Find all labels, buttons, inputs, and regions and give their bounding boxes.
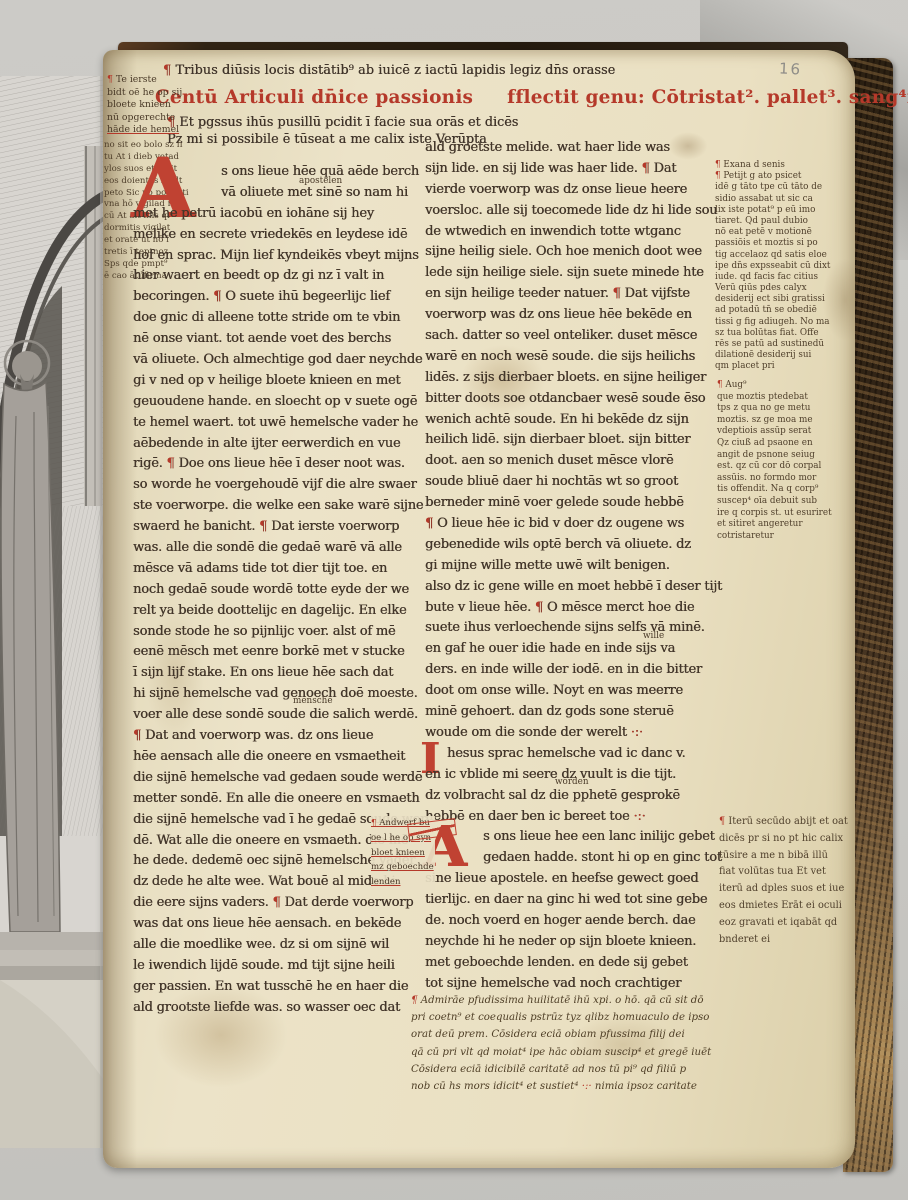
text-line: le iwendich lijdē soude. md tijt sijne h…: [133, 956, 425, 977]
text-line: rigē. ¶ Doe ons lieue hēe ī deser noot w…: [133, 454, 425, 475]
text-line: bloet knieen: [371, 846, 435, 861]
text-line: s ons lieue hee een lanc inilijc gebet: [483, 827, 721, 848]
text-line: qā cū pri vlt qd moiat⁴ ipe hāc obiam su…: [411, 1044, 761, 1061]
text-line: iude. qd facis fac citius: [715, 272, 847, 283]
interlinear-note-mensche: mensche: [293, 696, 333, 706]
text-line: hāde ide hemel: [107, 124, 167, 137]
text-line: met he petrū iacobū en iohāne sij hey: [133, 204, 425, 225]
text-line: tig accelaoz qd satis eloe: [715, 250, 847, 261]
text-line: suscep⁴ oīa debuit sub: [717, 496, 845, 508]
text-line: bnderet ei: [719, 932, 853, 949]
text-line: en gaf he ouer idie hade en inde sijs va: [425, 639, 721, 660]
margin-gloss-right-b: ¶ Aug⁹ que moztis ptedebattps z qua no g…: [717, 380, 845, 542]
text-line: heilich lidē. sijn dierbaer bloet. sijn …: [425, 430, 721, 451]
text-line: dicēs pr si no pt hic calix: [719, 831, 853, 848]
text-line: dilationē desiderij sui: [715, 350, 847, 361]
text-line: was dat ons lieue hēe aensach. en bekēde: [133, 914, 425, 935]
facing-page-engraving: [0, 76, 108, 1148]
text-line: mēsce vā adams tide tot dier tijt toe. e…: [133, 559, 425, 580]
text-line: metter sondē. En alle die oneere en vsma…: [133, 789, 425, 810]
text-line: relt ya beide doottelijc en dagelijc. En…: [133, 601, 425, 622]
text-line: gebenedide wils optē berch vā oliuete. d…: [425, 535, 721, 556]
text-line: tierlijc. en daer na ginc hi wed tot sin…: [425, 890, 721, 911]
text-column-1: s ons lieue hēe quā aēde berchvā oliuete…: [133, 162, 425, 1019]
text-line: bloete knieen: [107, 99, 167, 112]
text-line: bute v lieue hēe. ¶ O mēsce merct hoe di…: [425, 598, 721, 619]
chapter-title-left: Centū Articuli dn̄ice passionis: [155, 87, 473, 108]
text-column-2: ald groetste melide. wat haer lide wassi…: [425, 138, 721, 995]
text-line: eoz gravati et iqabāt qd: [719, 915, 853, 932]
text-line: nū opgerechte: [107, 112, 167, 125]
text-line: ī sijn lijf stake. En ons lieue hēe sach…: [133, 663, 425, 684]
text-line: woude om die sonde der werelt ·:·: [425, 723, 721, 744]
text-line: sijne heilig siele. Och hoe menich doot …: [425, 242, 721, 263]
text-line: doot. aen so menich duset mēsce vlorē: [425, 451, 721, 472]
text-line: fiat volūtas tua Et vet: [719, 864, 853, 881]
text-line: hier waert en beedt op dz gi nz ī valt i…: [133, 266, 425, 287]
text-line: also dz ic gene wille en moet hebbē ī de…: [425, 577, 721, 598]
margin-gloss-right-c: ¶ Iterū secūdo abijt et oatdicēs pr si n…: [719, 814, 853, 948]
text-line: sidio assabat ut sic ca: [715, 194, 847, 205]
text-line: ger passien. En wat tusschē he en haer d…: [133, 977, 425, 998]
text-line: hof en sprac. Mijn lief kyndeikēs vbeyt …: [133, 246, 425, 267]
text-line: hebbē en daer ben ic bereet toe ·:·: [425, 807, 721, 828]
text-line: sonde stode he so pijnlijc voer. alst of…: [133, 622, 425, 643]
text-line: noch gedaē soude wordē totte eyde der we: [133, 580, 425, 601]
chapter-title-right: fflectit genu: Cōtristat². pallet³. sang…: [507, 87, 908, 108]
text-line: ¶ Iterū secūdo abijt et oat: [719, 814, 853, 831]
text-line: voer alle dese sondē soude die salich we…: [133, 705, 425, 726]
text-line: soude bliuē daer hi nochtās wt so groot: [425, 472, 721, 493]
text-line: ad potadū tn̄ se obediē: [715, 305, 847, 316]
text-line: Cōsidera eciā idicibilē caritatē ad nos …: [411, 1061, 761, 1078]
margin-note-left-dutch: ¶ Te ierstebidt oē he op sijbloete kniee…: [107, 74, 167, 137]
text-line: sach. datter so veel onteliker. duset mē…: [425, 326, 721, 347]
text-line: nō eat petē v motionē: [715, 227, 847, 238]
text-line: voerworp was dz ons lieue hēe bekēde en: [425, 305, 721, 326]
text-line: tiaret. Qd paul dubio: [715, 216, 847, 227]
text-line: so worde he voergehoudē vijf die alre sw…: [133, 475, 425, 496]
text-line: angit de psnone seiug: [717, 450, 845, 462]
text-line: sine lieue apostele. en heefse gewect go…: [425, 869, 721, 890]
text-line: moztis. sz ge moa me: [717, 415, 845, 427]
text-line: desiderij ect sibi gratissi: [715, 294, 847, 305]
text-line: ¶ Te ierste: [107, 74, 167, 87]
text-line: de. noch voerd en hoger aende berch. dae: [425, 911, 721, 932]
text-line: bitter doots soe otdancbaer wesē soude ē…: [425, 389, 721, 410]
text-line: vā oliuete met sinē so nam hi: [221, 183, 425, 204]
text-line: lenden: [371, 875, 435, 890]
text-line: swaerd he banicht. ¶ Dat ierste voerworp: [133, 517, 425, 538]
text-line: alle die moedlike wee. dz si om sijnē wi…: [133, 935, 425, 956]
text-line: vierde voerworp was dz onse lieue heere: [425, 180, 721, 201]
text-line: Verū qiūs pdes calyx: [715, 283, 847, 294]
margin-gloss-header: ¶ Exana d senis: [715, 160, 847, 171]
text-line: bidt oē he op sij: [107, 87, 167, 100]
text-line: gedaen hadde. stont hi op en ginc tot: [483, 848, 721, 869]
text-line: die eere sijns vaders. ¶ Dat derde voerw…: [133, 893, 425, 914]
text-line: melike en secrete vriedekēs en leydese i…: [133, 225, 425, 246]
text-line: te hemel waert. tot uwē hemelsche vader …: [133, 413, 425, 434]
text-line: voersloc. alle sij toecomede lide dz hi …: [425, 201, 721, 222]
text-line: doot om onse wille. Noyt en was meerre: [425, 681, 721, 702]
text-line: assūis. no formdo mor: [717, 473, 845, 485]
text-line: lix iste potat⁹ p eū imo: [715, 205, 847, 216]
text-line: et sitiret angeretur: [717, 519, 845, 531]
text-line: hesus sprac hemelsche vad ic danc v.: [447, 744, 721, 765]
chapter-title: Centū Articuli dn̄ice passionis fflectit…: [155, 87, 845, 108]
text-line: ald grootste liefde was. so wasser oec d…: [133, 998, 425, 1019]
text-line: sijn lide. en sij lide was haer lide. ¶ …: [425, 159, 721, 180]
text-line: idē g tāto tpe cū tāto de: [715, 182, 847, 193]
text-line: tis offendit. Na q corp⁹: [717, 484, 845, 496]
interlinear-note-wille: wille: [643, 631, 664, 641]
text-line: tissi g fig adiugeh. No ma: [715, 317, 847, 328]
text-line: tps z qua no ge metu: [717, 403, 845, 415]
text-line: vā oliuete. Och almechtige god daer neyc…: [133, 350, 425, 371]
text-line: was. alle die sondē die gedaē warē vā al…: [133, 538, 425, 559]
margin-gloss-lines: ¶ Petijt g ato psicetidē g tāto tpe cū t…: [715, 171, 847, 372]
text-line: geuoudene hande. en sloecht op v suete o…: [133, 392, 425, 413]
text-line: suete ihus verloechende sijns selfs vā m…: [425, 618, 721, 639]
text-line: lidēs. z sijs dierbaer bloets. en sijne …: [425, 368, 721, 389]
text-line: hēe aensach alle die oneere en vsmaethei…: [133, 747, 425, 768]
text-line: de wtwedich en inwendich totte wtganc: [425, 222, 721, 243]
text-line: cotristaretur: [717, 531, 845, 543]
text-line: minē gehoert. dan dz gods sone steruē: [425, 702, 721, 723]
text-line: gi mijne wille mette uwē wilt benigen.: [425, 556, 721, 577]
text-line: est. qz cū cor dō corpal: [717, 461, 845, 473]
margin-gloss-lines: que moztis ptedebattps z qua no ge metum…: [717, 392, 845, 543]
text-line: tūsire a me n bibā illū: [719, 848, 853, 865]
text-line: ¶ Dat and voerworp was. dz ons lieue: [133, 726, 425, 747]
header-gloss-line: ¶ Tribus diūsis locis distātib⁹ ab iuicē…: [163, 63, 811, 78]
text-line: que moztis ptedebat: [717, 392, 845, 404]
text-line: ¶ O lieue hēe ic bid v doer dz ougene ws: [425, 514, 721, 535]
text-line: rēs se patū ad sustinedū: [715, 339, 847, 350]
text-line: pri coetn⁹ et coequalis pstrūz tyz qlibz…: [411, 1009, 761, 1026]
text-line: warē en noch wesē soude. die sijs heilic…: [425, 347, 721, 368]
text-line: nē onse viant. tot aende voet des berchs: [133, 329, 425, 350]
text-line: qm placet pri: [715, 361, 847, 372]
text-line: ¶ Petijt g ato psicet: [715, 171, 847, 182]
text-line: ¶ Admirāe pfudissima huilitatē ihū xpi. …: [411, 992, 761, 1009]
text-line: die sijnē hemelsche vad gedaen soude wer…: [133, 768, 425, 789]
text-line: berneder minē voer gelede soude hebbē: [425, 493, 721, 514]
text-line: ipe dn̄s expsseabit cū dixt: [715, 261, 847, 272]
text-line: orat deū prem. Cōsidera eciā obiam pfuss…: [411, 1026, 761, 1043]
text-line: dz volbracht sal dz die pphetē gesprokē: [425, 786, 721, 807]
manuscript-photo: 16 ¶ Tribus diūsis locis distātib⁹ ab iu…: [0, 0, 908, 1200]
text-line: lede sijn heilige siele. sijn suete mine…: [425, 263, 721, 284]
text-line: ¶ Et pgssus ihūs pusillū pcidit ī facie …: [167, 114, 518, 131]
text-line: met geboechde lenden. en dede sij gebet: [425, 953, 721, 974]
text-line: hi sijnē hemelsche vad genoech doē moest…: [133, 684, 425, 705]
text-line: wenich achtē soude. En hi bekēde dz sijn: [425, 410, 721, 431]
engraving-image: [0, 76, 108, 1148]
text-line: passiōis et moztis si po: [715, 238, 847, 249]
margin-gloss-right-a: ¶ Exana d senis ¶ Petijt g ato psicetidē…: [715, 160, 847, 373]
text-line: gi v ned op v heilige bloete knieen en m…: [133, 371, 425, 392]
text-line: eos dmietes Erāt ei oculi: [719, 898, 853, 915]
text-line: aēbedende in alte ijter eerwerdich en vu…: [133, 434, 425, 455]
text-line: vdeptiois assūp serat: [717, 426, 845, 438]
margin-gloss-header: ¶ Aug⁹: [717, 380, 845, 392]
text-line: ire q corpis st. ut esuriret: [717, 508, 845, 520]
text-line: en sijn heilige teeder natuer. ¶ Dat vij…: [425, 284, 721, 305]
text-line: ste voerworpe. die welke een sake warē s…: [133, 496, 425, 517]
text-line: doe gnic di alleene totte stride om te v…: [133, 308, 425, 329]
interlinear-note-apostelen: apostelen: [299, 176, 342, 186]
text-line: eenē mēsch met eenre borkē met v stucke: [133, 642, 425, 663]
text-line: neychde hi he neder op sijn bloete kniee…: [425, 932, 721, 953]
text-line: ders. en inde wille der iodē. en in die …: [425, 660, 721, 681]
text-line: iterū ad dples suos et iue: [719, 881, 853, 898]
text-line: Qz ciuß ad psaone en: [717, 438, 845, 450]
manuscript-page: 16 ¶ Tribus diūsis locis distātib⁹ ab iu…: [103, 50, 855, 1168]
text-line: nob cū hs mors idicit⁴ et sustiet⁴ ·:· n…: [411, 1078, 761, 1095]
text-line: becoringen. ¶ O suete ihū begeerlijc lie…: [133, 287, 425, 308]
latin-commentary-bottom: ¶ Admirāe pfudissima huilitatē ihū xpi. …: [411, 992, 761, 1095]
text-line: ald groetste melide. wat haer lide was: [425, 138, 721, 159]
text-line: mz geboechde: [371, 860, 435, 875]
text-line: sz tua bolūtas fiat. Offe: [715, 328, 847, 339]
interlinear-note-worden: worden: [555, 777, 589, 787]
